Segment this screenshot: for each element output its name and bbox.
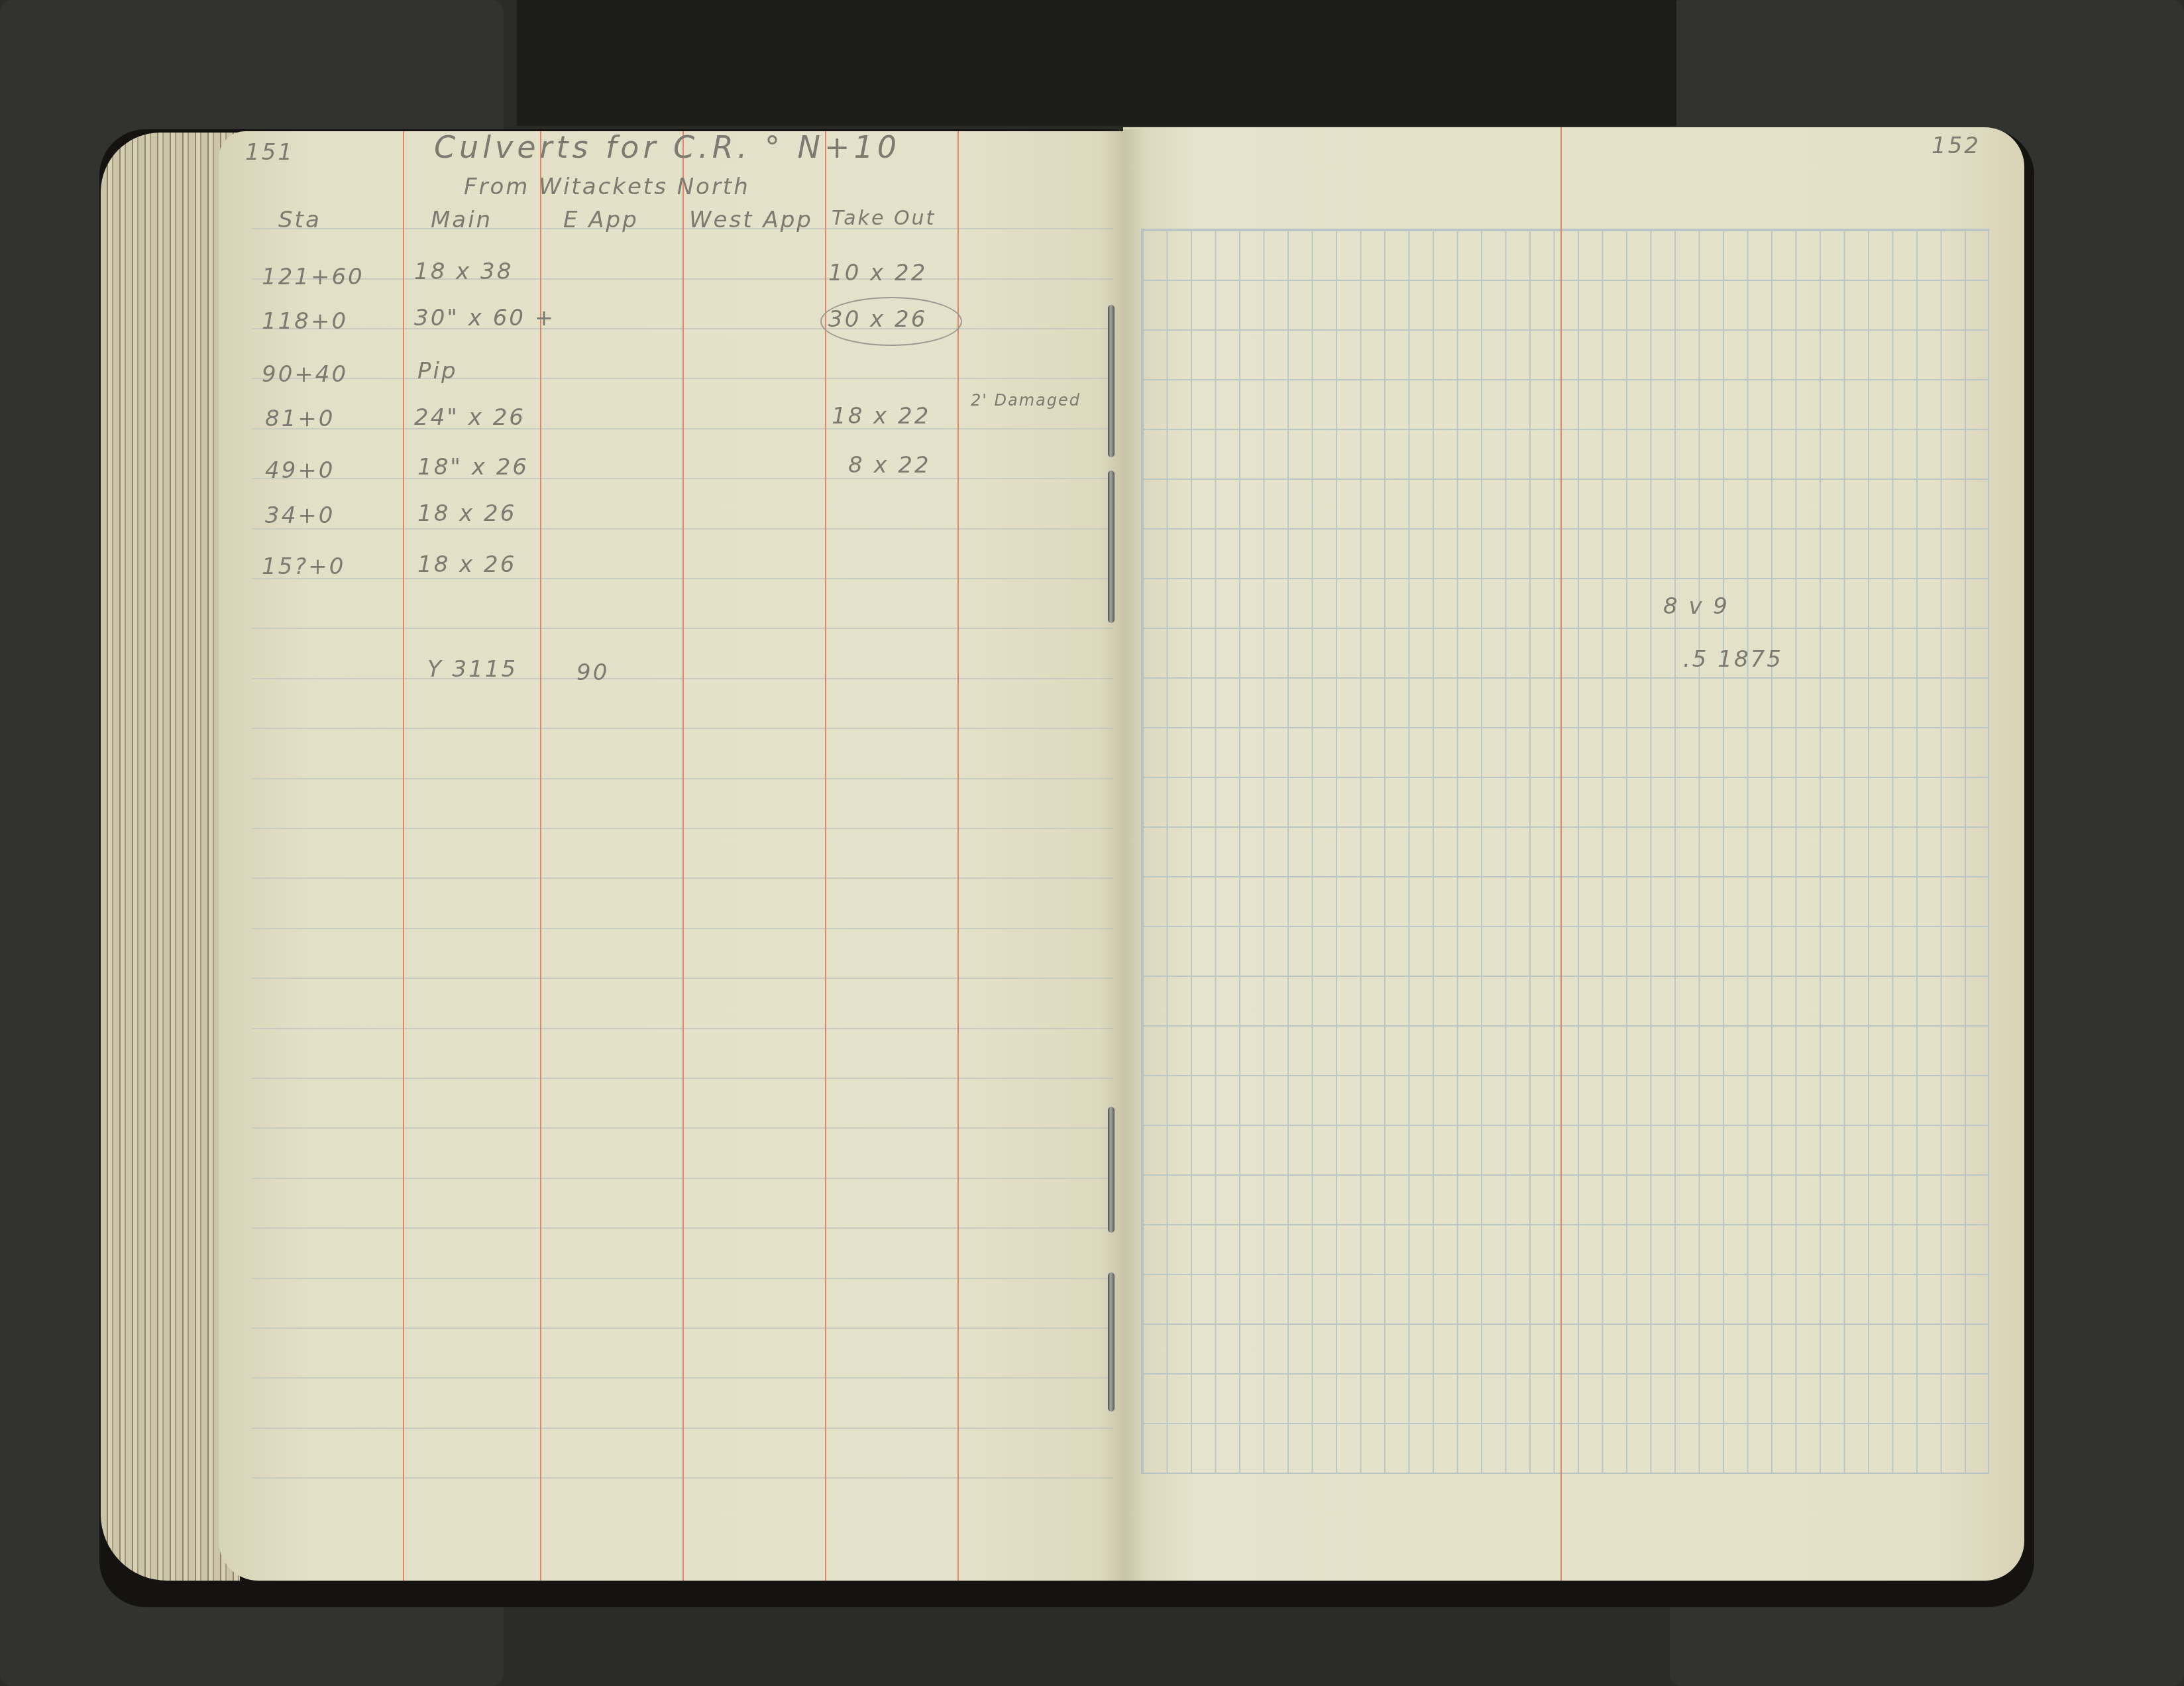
margin-rule <box>1560 127 1562 1581</box>
column-rule <box>957 131 959 1581</box>
column-header-main: Main <box>431 207 492 233</box>
cell-main: 24" x 26 <box>414 404 525 431</box>
right-page-note: 8 v 9 <box>1663 593 1729 620</box>
footer-main-value: Y 3115 <box>427 656 518 683</box>
cell-sta: 34+0 <box>265 502 335 529</box>
staple <box>1108 471 1115 623</box>
column-rule <box>682 131 684 1581</box>
page-title: Culverts for C.R. ° N+10 <box>434 129 901 165</box>
column-rule <box>403 131 404 1581</box>
cell-sta: 90+40 <box>262 361 348 388</box>
cell-sta: 118+0 <box>262 308 348 335</box>
cell-main: 18 x 26 <box>417 551 516 578</box>
column-rule <box>825 131 826 1581</box>
staple <box>1108 1272 1115 1412</box>
cell-note: 2' Damaged <box>971 391 1081 410</box>
cell-take-out: 30 x 26 <box>828 306 927 333</box>
column-rule <box>540 131 541 1581</box>
column-header-take-out: Take Out <box>832 207 936 230</box>
right-page-note: .5 1875 <box>1683 646 1783 673</box>
left-page <box>219 131 1123 1581</box>
column-header-west-app: West App <box>689 207 813 233</box>
cell-sta: 49+0 <box>265 457 335 484</box>
cell-take-out: 18 x 22 <box>832 403 930 429</box>
staple <box>1108 1107 1115 1233</box>
cell-sta: 121+60 <box>262 264 364 290</box>
cell-sta: 15?+0 <box>262 553 345 580</box>
cell-sta: 81+0 <box>265 406 335 432</box>
cell-main: 30" x 60 + <box>414 305 555 331</box>
cell-main: 18" x 26 <box>417 454 529 480</box>
cell-main: Pip <box>417 358 458 384</box>
column-header-sta: Sta <box>278 207 321 233</box>
staple <box>1108 305 1115 457</box>
cell-main: 18 x 38 <box>414 258 513 285</box>
spine-gutter <box>1100 129 1146 1581</box>
background-clip <box>517 0 1676 126</box>
column-header-e-app: E App <box>563 207 639 233</box>
page-number-right: 152 <box>1932 133 1981 159</box>
footer-e-app-value: 90 <box>576 659 609 686</box>
graph-grid <box>1141 229 1989 1474</box>
page-number-left: 151 <box>245 139 294 166</box>
cell-main: 18 x 26 <box>417 500 516 527</box>
cell-take-out: 10 x 22 <box>828 260 927 286</box>
page-subtitle: From Witackets North <box>464 174 750 200</box>
cell-take-out: 8 x 22 <box>848 452 931 478</box>
